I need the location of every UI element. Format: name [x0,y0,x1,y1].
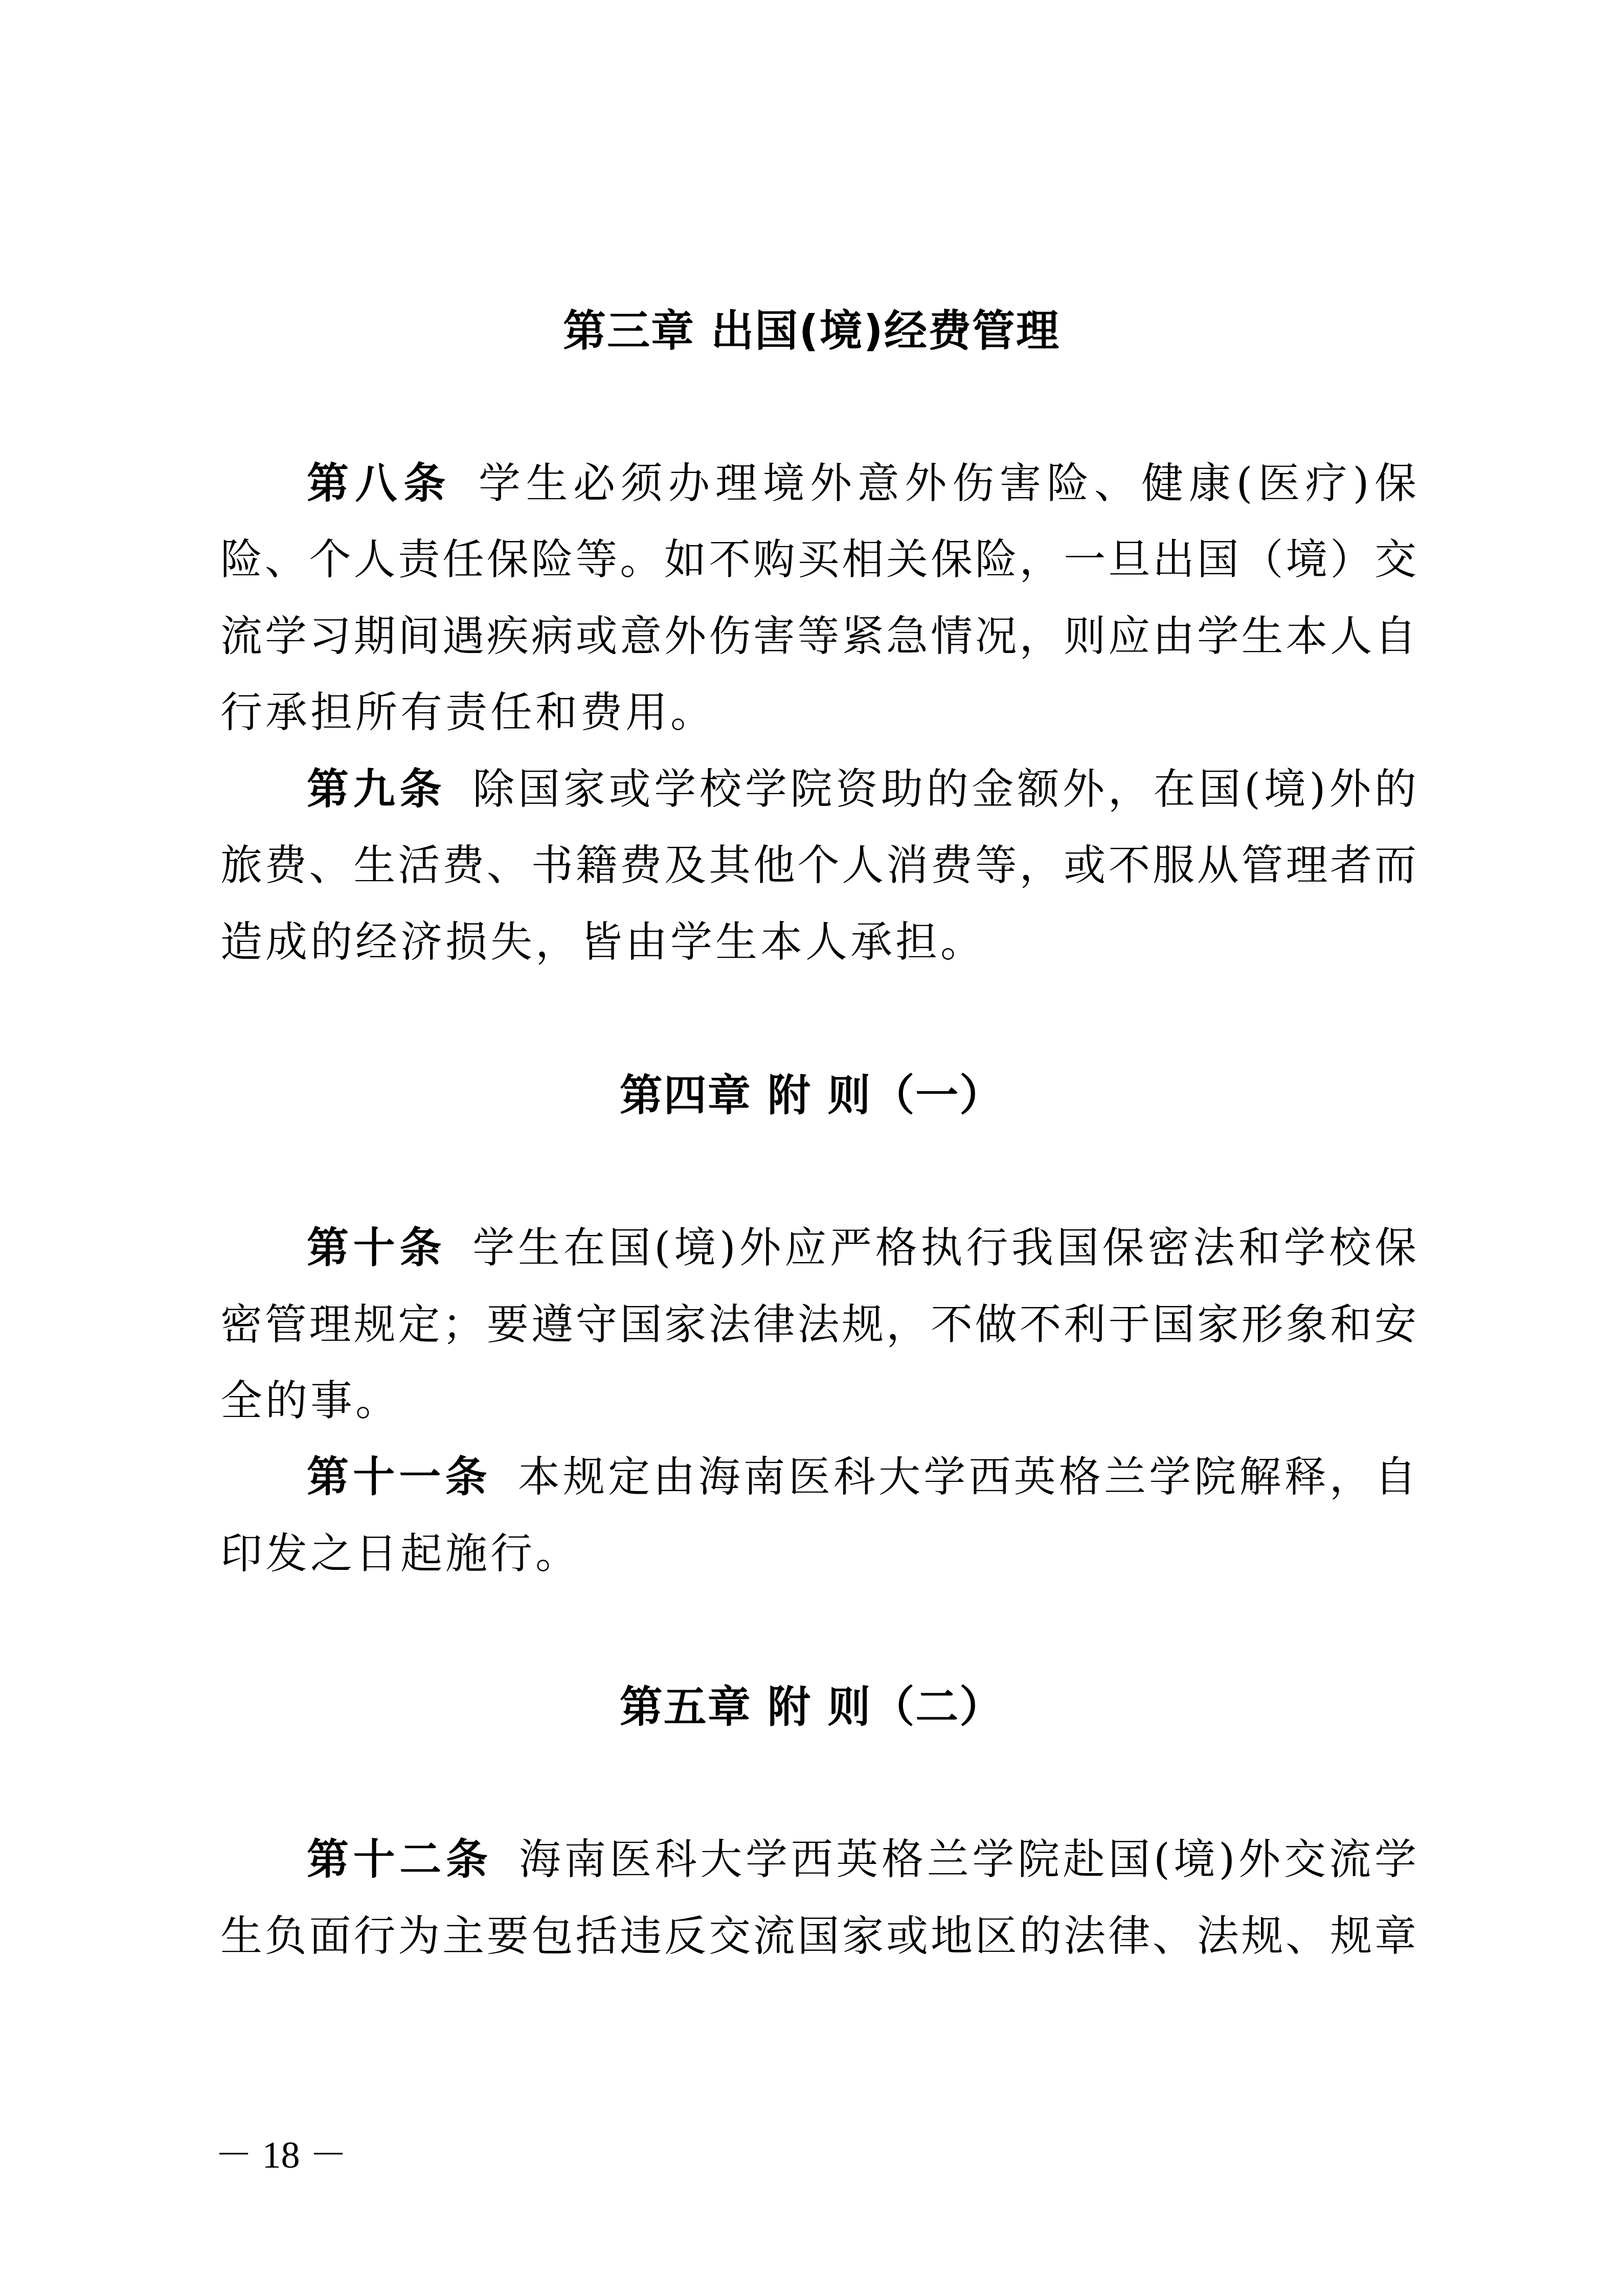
article-12-label: 第十二条 [307,1835,492,1884]
article-8-line-4: 行承担所有责任和费用。 [220,674,1418,751]
article-10-text-1: 学生在国(境)外应严格执行我国保密法和学校保 [472,1224,1418,1272]
document-page: 第三章 出国(境)经费管理 第八条学生必须办理境外意外伤害险、健康(医疗)保 险… [0,0,1623,2296]
article-8-line-1: 第八条学生必须办理境外意外伤害险、健康(医疗)保 [307,445,1418,522]
article-10-line-2: 密管理规定；要遵守国家法律法规，不做不利于国家形象和安 [220,1287,1418,1363]
page-number: － 18 － [215,2132,347,2178]
article-11-line-2: 印发之日起施行。 [220,1516,1418,1592]
article-9-line-1: 第九条除国家或学校学院资助的金额外，在国(境)外的 [307,751,1418,827]
article-11-label: 第十一条 [307,1453,491,1501]
article-12-line-1: 第十二条海南医科大学西英格兰学院赴国(境)外交流学 [307,1821,1418,1898]
chapter-5-title: 第五章 附 则（二） [0,1669,1623,1745]
article-11-text-1: 本规定由海南医科大学西英格兰学院解释，自 [518,1453,1418,1501]
article-9-line-3: 造成的经济损失，皆由学生本人承担。 [220,904,1418,980]
chapter-3-title: 第三章 出国(境)经费管理 [0,292,1623,369]
article-11-line-1: 第十一条本规定由海南医科大学西英格兰学院解释，自 [307,1439,1418,1515]
article-9-line-2: 旅费、生活费、书籍费及其他个人消费等，或不服从管理者而 [220,827,1418,904]
chapter-4-title: 第四章 附 则（一） [0,1057,1623,1134]
article-9-text-1: 除国家或学校学院资助的金额外，在国(境)外的 [472,765,1418,814]
article-8-label: 第八条 [307,459,452,508]
article-8-line-2: 险、个人责任保险等。如不购买相关保险，一旦出国（境）交 [220,522,1418,598]
article-8-text-1: 学生必须办理境外意外伤害险、健康(医疗)保 [479,459,1418,508]
article-10-label: 第十条 [307,1224,446,1272]
article-8-line-3: 流学习期间遇疾病或意外伤害等紧急情况，则应由学生本人自 [220,598,1418,674]
article-10-line-1: 第十条学生在国(境)外应严格执行我国保密法和学校保 [307,1210,1418,1286]
article-12-text-1: 海南医科大学西英格兰学院赴国(境)外交流学 [519,1835,1418,1884]
article-12-line-2: 生负面行为主要包括违反交流国家或地区的法律、法规、规章 [220,1898,1418,1974]
article-10-line-3: 全的事。 [220,1363,1418,1439]
article-9-label: 第九条 [307,765,446,814]
